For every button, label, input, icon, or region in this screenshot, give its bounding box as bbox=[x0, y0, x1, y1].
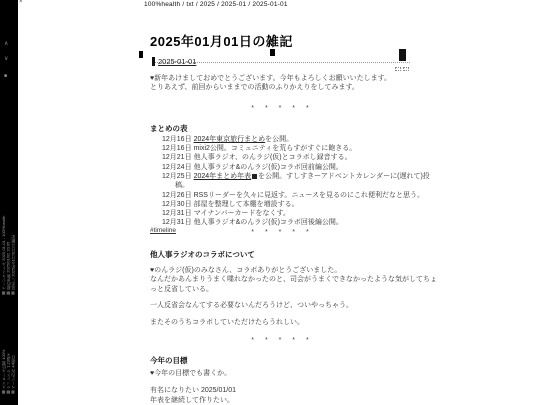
item-text: を公開。 bbox=[265, 136, 293, 143]
timeline-list: 12月16日2024年東京旅行まとめを公開。 12月16日mixi2公開。コミュ… bbox=[162, 135, 437, 228]
timeline-item: 12月16日2024年東京旅行まとめを公開。 bbox=[162, 135, 437, 144]
item-date: 12月16日 bbox=[162, 145, 192, 152]
collab-paragraph-3: またそのうちコラボしていただけたらうれしい。 bbox=[150, 318, 437, 327]
image-placeholder-icon bbox=[270, 49, 275, 56]
section-heading-goals: 今年の目標 bbox=[150, 356, 437, 365]
item-text: 他人事ラジオ&のんラジ(仮)コラボ回前編公開。 bbox=[194, 164, 343, 171]
sidebar-meta-block-2: ▦ スクロール位置 100% ▦ ウィンドウ 1,236px ▦ ページ内容 4… bbox=[2, 297, 16, 395]
viewer-sidebar: ∧ ∨ ■ ▦ ページタイトル 2025-01-01 - 100%health … bbox=[0, 0, 18, 405]
timeline-item: 12月26日RSSリーダーを久々に見返す。ニュースを見るのにこれ便利だなと思う。 bbox=[162, 191, 437, 200]
image-placeholder-icon bbox=[403, 67, 409, 71]
collab-line: なんだかあんまりうまく喋れなかったのと、司会がうまくできなかったような気がしてち… bbox=[150, 275, 437, 294]
scroll-up-icon[interactable]: ∧ bbox=[4, 41, 8, 47]
timeline-item: 12月31日マイナンバーカードをなくす。 bbox=[162, 209, 437, 218]
goals-line: 有名になりたい 2025/01/01 bbox=[150, 386, 437, 395]
image-placeholder-icon bbox=[395, 67, 401, 71]
item-text: 他人事ラジオ&のんラジ(仮)コラボ回後編公開。 bbox=[194, 219, 343, 226]
timeline-item: 12月25日2024年まとめ年表を公開。すしすきーアドベントカレンダーに(遅れて… bbox=[162, 172, 437, 191]
item-text: RSSリーダーを久々に見返す。ニュースを見るのにこれ便利だなと思う。 bbox=[194, 192, 424, 199]
entry-date-link[interactable]: 2025-01-01 bbox=[152, 57, 196, 66]
intro-line: とりあえず、前回からいままでの活動のふりかえりをしてみます。 bbox=[150, 83, 437, 92]
item-text: 部屋を整理して本棚を増設する。 bbox=[194, 201, 299, 208]
item-link[interactable]: 2024年東京旅行まとめ bbox=[194, 136, 266, 143]
sidebar-meta-line: ▦ 見出し 2025年01月01日の雑記 bbox=[11, 184, 16, 296]
goals-line: 年表を継続して作りたい。 bbox=[150, 396, 437, 405]
section-heading-summary: まとめの表 bbox=[150, 124, 437, 133]
item-date: 12月25日 bbox=[162, 173, 192, 180]
collab-line: ♥のんラジ(仮)のみなさん、コラボありがとうございました。 bbox=[150, 266, 437, 275]
intro-line: ♥新年あけましておめでとうございます。今年もよろしくお願いいたします。 bbox=[150, 74, 437, 83]
asterisk-separator: * * * * * bbox=[150, 229, 410, 236]
goals-paragraph-2: 有名になりたい 2025/01/01 年表を継続して作りたい。 bbox=[150, 386, 437, 405]
item-date: 12月16日 bbox=[162, 136, 192, 143]
article: 2025年01月01日の雑記 2025-01-01 ♥新年あけましておめでとうご… bbox=[150, 34, 437, 405]
item-text: mixi2公開。コミュニティを荒らすがすぐに飽きる。 bbox=[194, 145, 357, 152]
timeline-item: 12月24日他人事ラジオ&のんラジ(仮)コラボ回前編公開。 bbox=[162, 163, 437, 172]
item-date: 12月26日 bbox=[162, 192, 192, 199]
item-date: 12月31日 bbox=[162, 219, 192, 226]
sidebar-meta-line: ▦ ページ内容 44項目 bbox=[11, 297, 16, 395]
goals-paragraph-1: ♥今年の目標でも書くか。 bbox=[150, 369, 437, 378]
asterisk-separator: * * * * * bbox=[150, 105, 410, 112]
breadcrumb: 100%health / txt / 2025 / 2025-01 / 2025… bbox=[144, 1, 288, 8]
image-placeholder-icon bbox=[399, 49, 406, 61]
section-heading-collab: 他人事ラジオのコラボについて bbox=[150, 250, 437, 259]
timeline-item: 12月16日mixi2公開。コミュニティを荒らすがすぐに飽きる。 bbox=[162, 144, 437, 153]
sidebar-meta-block-1: ▦ ページタイトル 2025-01-01 - 100%health ▦ 最終更新… bbox=[2, 184, 16, 296]
item-date: 12月30日 bbox=[162, 201, 192, 208]
collab-paragraph-2: 一人反省会なんてする必要ないんだろうけど、ついやっちゃう。 bbox=[150, 301, 437, 310]
image-placeholder-icon bbox=[139, 51, 143, 58]
item-date: 12月21日 bbox=[162, 154, 192, 161]
timeline-footer-row: #timeline * * * * * bbox=[150, 229, 437, 238]
timeline-item: 12月30日部屋を整理して本棚を増設する。 bbox=[162, 200, 437, 209]
corner-x-mark: × bbox=[19, 0, 23, 5]
item-date: 12月31日 bbox=[162, 210, 192, 217]
item-date: 12月24日 bbox=[162, 164, 192, 171]
timeline-anchor-link[interactable]: #timeline bbox=[150, 227, 176, 234]
item-text: マイナンバーカードをなくす。 bbox=[194, 210, 290, 217]
timeline-item: 12月21日他人事ラジオ、のんラジ(仮)とコラボし録音する。 bbox=[162, 153, 437, 162]
square-icon[interactable]: ■ bbox=[4, 73, 7, 79]
entry-header: 2025-01-01 bbox=[152, 51, 410, 63]
item-link[interactable]: 2024年まとめ年表 bbox=[194, 173, 252, 180]
timeline-item: 12月31日他人事ラジオ&のんラジ(仮)コラボ回後編公開。 bbox=[162, 218, 437, 227]
page-title: 2025年01月01日の雑記 bbox=[150, 34, 437, 49]
collab-paragraph-1: ♥のんラジ(仮)のみなさん、コラボありがとうございました。 なんだかあんまりうま… bbox=[150, 266, 437, 294]
inline-image-icon bbox=[252, 174, 257, 179]
scroll-down-icon[interactable]: ∨ bbox=[4, 56, 8, 62]
asterisk-separator: * * * * * bbox=[150, 337, 410, 344]
item-text: 他人事ラジオ、のんラジ(仮)とコラボし録音する。 bbox=[194, 154, 352, 161]
intro-paragraph: ♥新年あけましておめでとうございます。今年もよろしくお願いいたします。 とりあえ… bbox=[150, 74, 437, 93]
